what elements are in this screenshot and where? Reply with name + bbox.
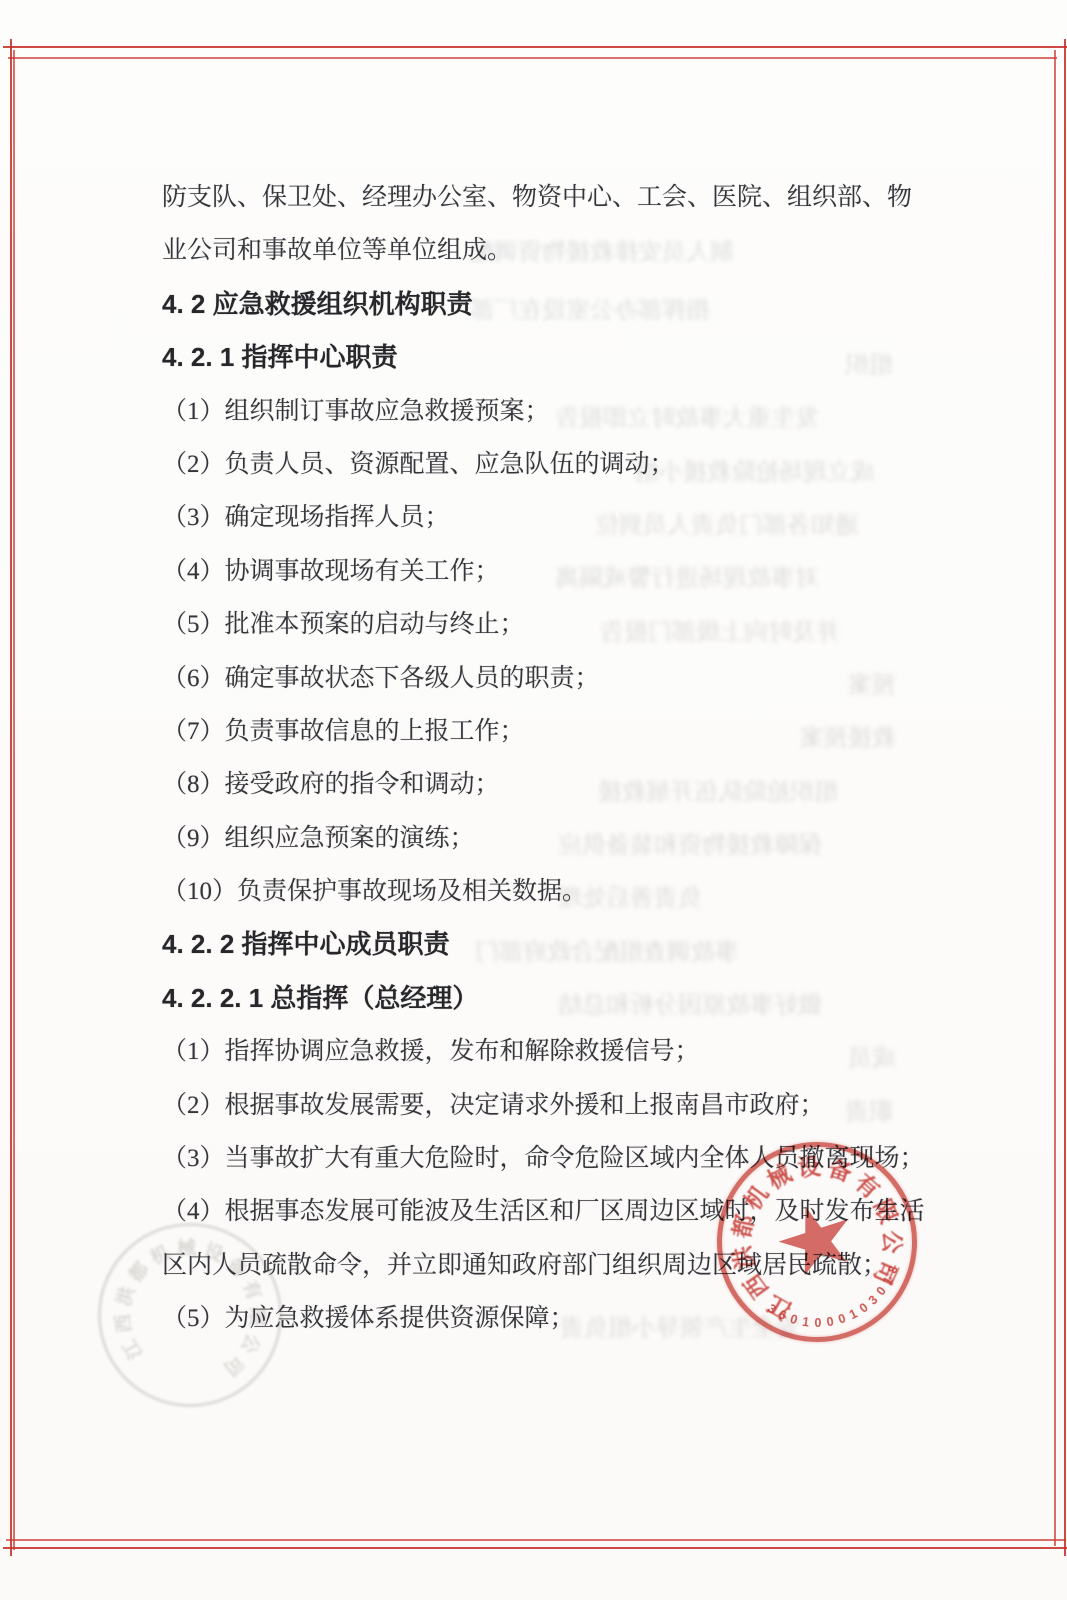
section-heading: 4. 2. 1 指挥中心职责	[162, 331, 942, 384]
text-line: （10）负责保护事故现场及相关数据。	[162, 865, 942, 918]
seal-code-digit: 0	[814, 1316, 821, 1330]
text-line: （1）组织制订事故应急救援预案；	[162, 385, 942, 438]
seal-code-digit: 1	[880, 1274, 896, 1287]
seal-code-digit: 0	[874, 1284, 889, 1298]
text-line: （2）负责人员、资源配置、应急队伍的调动；	[162, 438, 942, 491]
seal-code-digit: 6	[776, 1307, 788, 1323]
faint-seal-char: 江	[115, 1335, 148, 1365]
text-line: （1）指挥协调应急救援，发布和解除救援信号；	[162, 1025, 942, 1078]
faint-seal-char: 都	[121, 1255, 154, 1287]
text-line: （8）接受政府的指令和调动；	[162, 758, 942, 811]
text-line: 业公司和事故单位等单位组成。	[162, 224, 942, 277]
section-heading: 4. 2. 2. 1 总指挥（总经理）	[162, 972, 942, 1025]
faint-seal-char: 司	[219, 1350, 251, 1383]
seal-code-digit: 0	[826, 1314, 835, 1329]
section-heading: 4. 2. 2 指挥中心成员职责	[162, 918, 942, 971]
text-line: （2）根据事故发展需要，决定请求外援和上报南昌市政府；	[162, 1079, 942, 1132]
faint-seal-char: 洪	[109, 1283, 140, 1309]
seal-code-digit: 1	[847, 1307, 859, 1323]
seal-code-digit: 8	[885, 1264, 901, 1275]
seal-code-digit: 0	[788, 1312, 799, 1327]
seal-code-digit: 0	[837, 1311, 848, 1326]
text-line: （3）确定现场指挥人员；	[162, 491, 942, 544]
faint-seal-char: 西	[108, 1313, 137, 1335]
scanned-document-page: 制人员安排救援物资调配指挥部办公室设在厂部组织发生重大事故时立即报告成立现场抢险…	[0, 0, 1067, 1600]
text-line: （9）组织应急预案的演练；	[162, 812, 942, 865]
text-line: （5）批准本预案的启动与终止；	[162, 598, 942, 651]
text-line: 防支队、保卫处、经理办公室、物资中心、工会、医院、组织部、物	[162, 171, 942, 224]
seal-code-digit: 3	[866, 1293, 881, 1308]
seal-code-digit: 3	[765, 1301, 779, 1316]
seal-code-digit: 0	[857, 1300, 871, 1315]
text-line: （4）协调事故现场有关工作；	[162, 545, 942, 598]
text-line: （7）负责事故信息的上报工作；	[162, 705, 942, 758]
section-heading: 4. 2 应急救援组织机构职责	[162, 278, 942, 331]
text-line: （6）确定事故状态下各级人员的职责；	[162, 652, 942, 705]
seal-code-digit: 1	[801, 1315, 810, 1330]
